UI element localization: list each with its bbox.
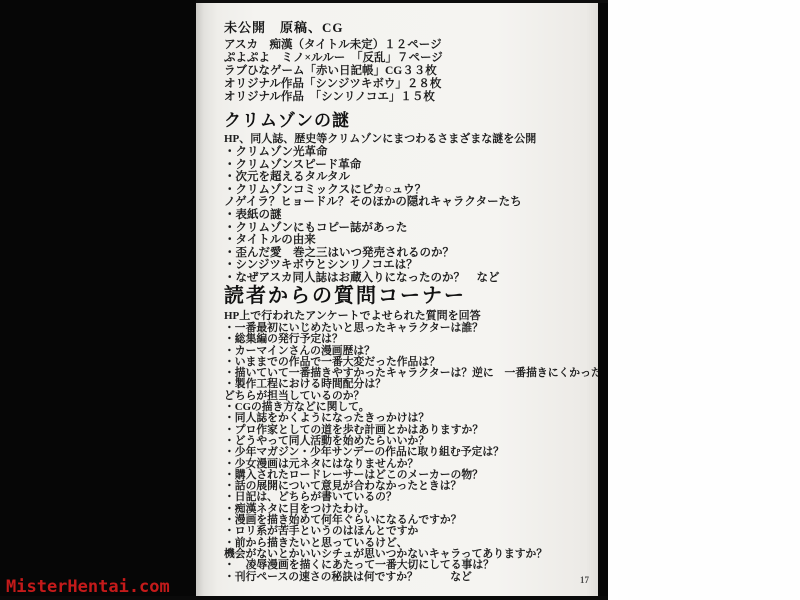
list-item: アスカ 痴漢（タイトル未定）１２ページ xyxy=(224,39,443,52)
list-item: ・クリムゾンコミックスにピカ○ュウ？ xyxy=(224,184,536,197)
page-top-edge xyxy=(196,0,608,3)
list-item: ラブひなゲーム「赤い日記帳」CG３３枚 xyxy=(224,65,443,78)
list-item: ・総集編の発行予定は？ xyxy=(224,334,634,345)
list-item: ・表紙の謎 xyxy=(224,209,536,222)
section-title: 未公開 原稿、CG xyxy=(224,17,443,36)
page-number: 17 xyxy=(580,575,589,585)
section-title: クリムゾンの謎 xyxy=(224,106,536,131)
list-item: ・クリムゾンスピード革命 xyxy=(224,159,536,172)
section-title: 読者からの質問コーナー xyxy=(224,279,634,308)
section-subtitle: HP、同人誌、歴史等クリムゾンにまつわるさまざまな謎を公開 xyxy=(224,133,536,146)
section-crimson-mystery: クリムゾンの謎 HP、同人誌、歴史等クリムゾンにまつわるさまざまな謎を公開 ・ク… xyxy=(224,106,536,285)
list-item: ・少年マガジン・少年サンデーの作品に取り組む予定は？ xyxy=(224,447,634,458)
list-item: オリジナル作品「シンジツキボウ」２８枚 xyxy=(224,78,443,91)
scanned-page: 未公開 原稿、CG アスカ 痴漢（タイトル未定）１２ページ ぷよぷよ ミノ×ルル… xyxy=(196,0,598,600)
list-item: ・次元を超えるタルタル xyxy=(224,171,536,184)
list-item: ・刊行ペースの速さの秘訣は何ですか？ など xyxy=(224,572,634,583)
list-item: オリジナル作品 「シンリノコエ」１５枚 xyxy=(224,91,443,104)
list-item: ・シンジツキボウとシンリノコエは？ xyxy=(224,259,536,272)
watermark-text: MisterHentai.com xyxy=(6,577,170,597)
screenshot-root: 未公開 原稿、CG アスカ 痴漢（タイトル未定）１２ページ ぷよぷよ ミノ×ルル… xyxy=(0,0,800,600)
list-item: ・ 凌辱漫画を描くにあたって一番大切にしてる事は？ xyxy=(224,560,634,571)
section-unpublished-works: 未公開 原稿、CG アスカ 痴漢（タイトル未定）１２ページ ぷよぷよ ミノ×ルル… xyxy=(224,17,443,104)
list-item: ノゲイラ？ヒョードル？そのほかの隠れキャラクターたち xyxy=(224,196,536,209)
list-item: ・ロリ系が苦手というのはほんとですか xyxy=(224,526,634,537)
list-item: ・同人誌をかくようになったきっかけは？ xyxy=(224,413,634,424)
scanner-background xyxy=(608,0,800,600)
list-item: ぷよぷよ ミノ×ルルー 「反乱」７ページ xyxy=(224,52,443,65)
section-reader-questions: 読者からの質問コーナー HP上で行われたアンケートでよせられた質問を回答 ・一番… xyxy=(224,279,634,583)
list-item: ・クリムゾンにもコピー誌があった xyxy=(224,222,536,235)
list-item: ・タイトルの由来 xyxy=(224,234,536,247)
left-letterbox xyxy=(0,0,196,600)
page-edge-shadow xyxy=(598,0,608,600)
list-item: ・クリムゾン光革命 xyxy=(224,146,536,159)
list-item: ・歪んだ愛 巻之三はいつ発売されるのか？ xyxy=(224,247,536,260)
